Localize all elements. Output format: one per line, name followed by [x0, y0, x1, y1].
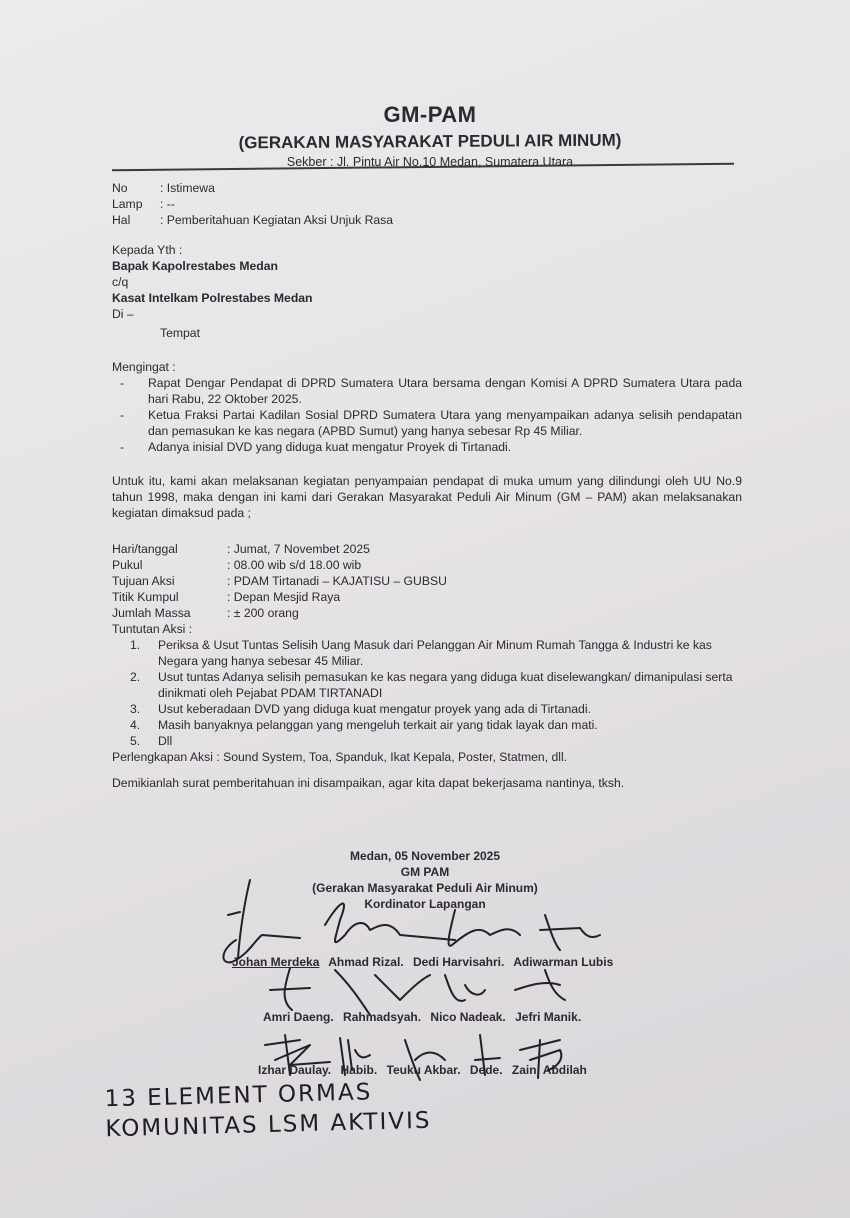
field-value: : -- — [160, 196, 175, 212]
signatory-name: Izhar Daulay. — [258, 1063, 331, 1077]
field-label: No — [112, 180, 160, 196]
list-item: -Adanya inisial DVD yang diduga kuat men… — [120, 439, 742, 455]
letter-body: No : Istimewa Lamp : -- Hal : Pemberitah… — [112, 180, 742, 791]
signature-role: Kordinator Lapangan — [200, 896, 650, 912]
considering-list: -Rapat Dengar Pendapat di DPRD Sumatera … — [112, 375, 742, 455]
signature-org: GM PAM — [200, 864, 650, 880]
field-label: Lamp — [112, 196, 160, 212]
recipient-line: Kasat Intelkam Polrestabes Medan — [112, 290, 742, 306]
list-item: 1.Periksa & Usut Tuntas Selisih Uang Mas… — [120, 637, 742, 669]
signatory-name: Adiwarman Lubis — [513, 955, 613, 969]
field-label: Hal — [112, 212, 160, 228]
list-item: -Ketua Fraksi Partai Kadilan Sosial DPRD… — [120, 407, 742, 439]
demands-list: 1.Periksa & Usut Tuntas Selisih Uang Mas… — [112, 637, 742, 749]
field-no: No : Istimewa — [112, 180, 742, 196]
list-item: 5.Dll — [120, 733, 742, 749]
org-full-name: (GERAKAN MASYARAKAT PEDULI AIR MINUM) — [110, 130, 750, 154]
list-item: 3.Usut keberadaan DVD yang diduga kuat m… — [120, 701, 742, 717]
signatory-name: Nico Nadeak. — [430, 1010, 505, 1024]
signatory-name: Teuku Akbar. — [387, 1063, 461, 1077]
recipient-line: c/q — [112, 274, 742, 290]
handwritten-note: 13 ELEMENT ORMAS KOMUNITAS LSM AKTIVIS — [104, 1076, 432, 1145]
recipient-greeting: Kepada Yth : — [112, 242, 742, 258]
intro-paragraph: Untuk itu, kami akan melaksanan kegiatan… — [112, 473, 742, 521]
signatories-row-1: Johan Merdeka Ahmad Rizal. Dedi Harvisah… — [232, 955, 619, 969]
recipient-line: Tempat — [112, 325, 742, 341]
signatory-name: Amri Daeng. — [263, 1010, 334, 1024]
field-value: : Pemberitahuan Kegiatan Aksi Unjuk Rasa — [160, 212, 393, 228]
detail-row: Titik Kumpul: Depan Mesjid Raya — [112, 589, 742, 605]
detail-row: Hari/tanggal: Jumat, 7 Novembet 2025 — [112, 541, 742, 557]
signatory-name: Ahmad Rizal. — [328, 955, 403, 969]
list-item: -Rapat Dengar Pendapat di DPRD Sumatera … — [120, 375, 742, 407]
demands-heading: Tuntutan Aksi : — [112, 621, 742, 637]
signatory-name: Jefri Manik. — [515, 1010, 581, 1024]
place-date: Medan, 05 November 2025 — [200, 848, 650, 864]
detail-row: Jumlah Massa: ± 200 orang — [112, 605, 742, 621]
closing-sentence: Demikianlah surat pemberitahuan ini disa… — [112, 775, 742, 791]
letterhead: GM-PAM (GERAKAN MASYARAKAT PEDULI AIR MI… — [110, 100, 750, 169]
signatory-name: Rahmadsyah. — [343, 1010, 421, 1024]
list-item: 4.Masih banyaknya pelanggan yang mengelu… — [120, 717, 742, 733]
field-value: : Istimewa — [160, 180, 215, 196]
field-hal: Hal : Pemberitahuan Kegiatan Aksi Unjuk … — [112, 212, 742, 228]
org-short-name: GM-PAM — [110, 102, 750, 128]
considering-heading: Mengingat : — [112, 359, 742, 375]
signatory-name: Zaini Abdilah — [512, 1063, 587, 1077]
signature-block: Medan, 05 November 2025 GM PAM (Gerakan … — [200, 848, 650, 912]
recipient-line: Bapak Kapolrestabes Medan — [112, 258, 742, 274]
detail-row: Tujuan Aksi: PDAM Tirtanadi – KAJATISU –… — [112, 573, 742, 589]
equipment-line: Perlengkapan Aksi : Sound System, Toa, S… — [112, 749, 742, 765]
list-item: 2.Usut tuntas Adanya selisih pemasukan k… — [120, 669, 742, 701]
signatory-name: Johan Merdeka — [232, 955, 319, 969]
signatory-name: Habib. — [340, 1063, 377, 1077]
signatory-name: Dede. — [470, 1063, 503, 1077]
detail-row: Pukul: 08.00 wib s/d 18.00 wib — [112, 557, 742, 573]
recipient-line: Di – — [112, 306, 742, 322]
letter-page: GM-PAM (GERAKAN MASYARAKAT PEDULI AIR MI… — [0, 0, 850, 1218]
signatories-row-2: Amri Daeng. Rahmadsyah. Nico Nadeak. Jef… — [263, 1010, 587, 1024]
signature-org-full: (Gerakan Masyarakat Peduli Air Minum) — [200, 880, 650, 896]
signatory-name: Dedi Harvisahri. — [413, 955, 504, 969]
field-lamp: Lamp : -- — [112, 196, 742, 212]
